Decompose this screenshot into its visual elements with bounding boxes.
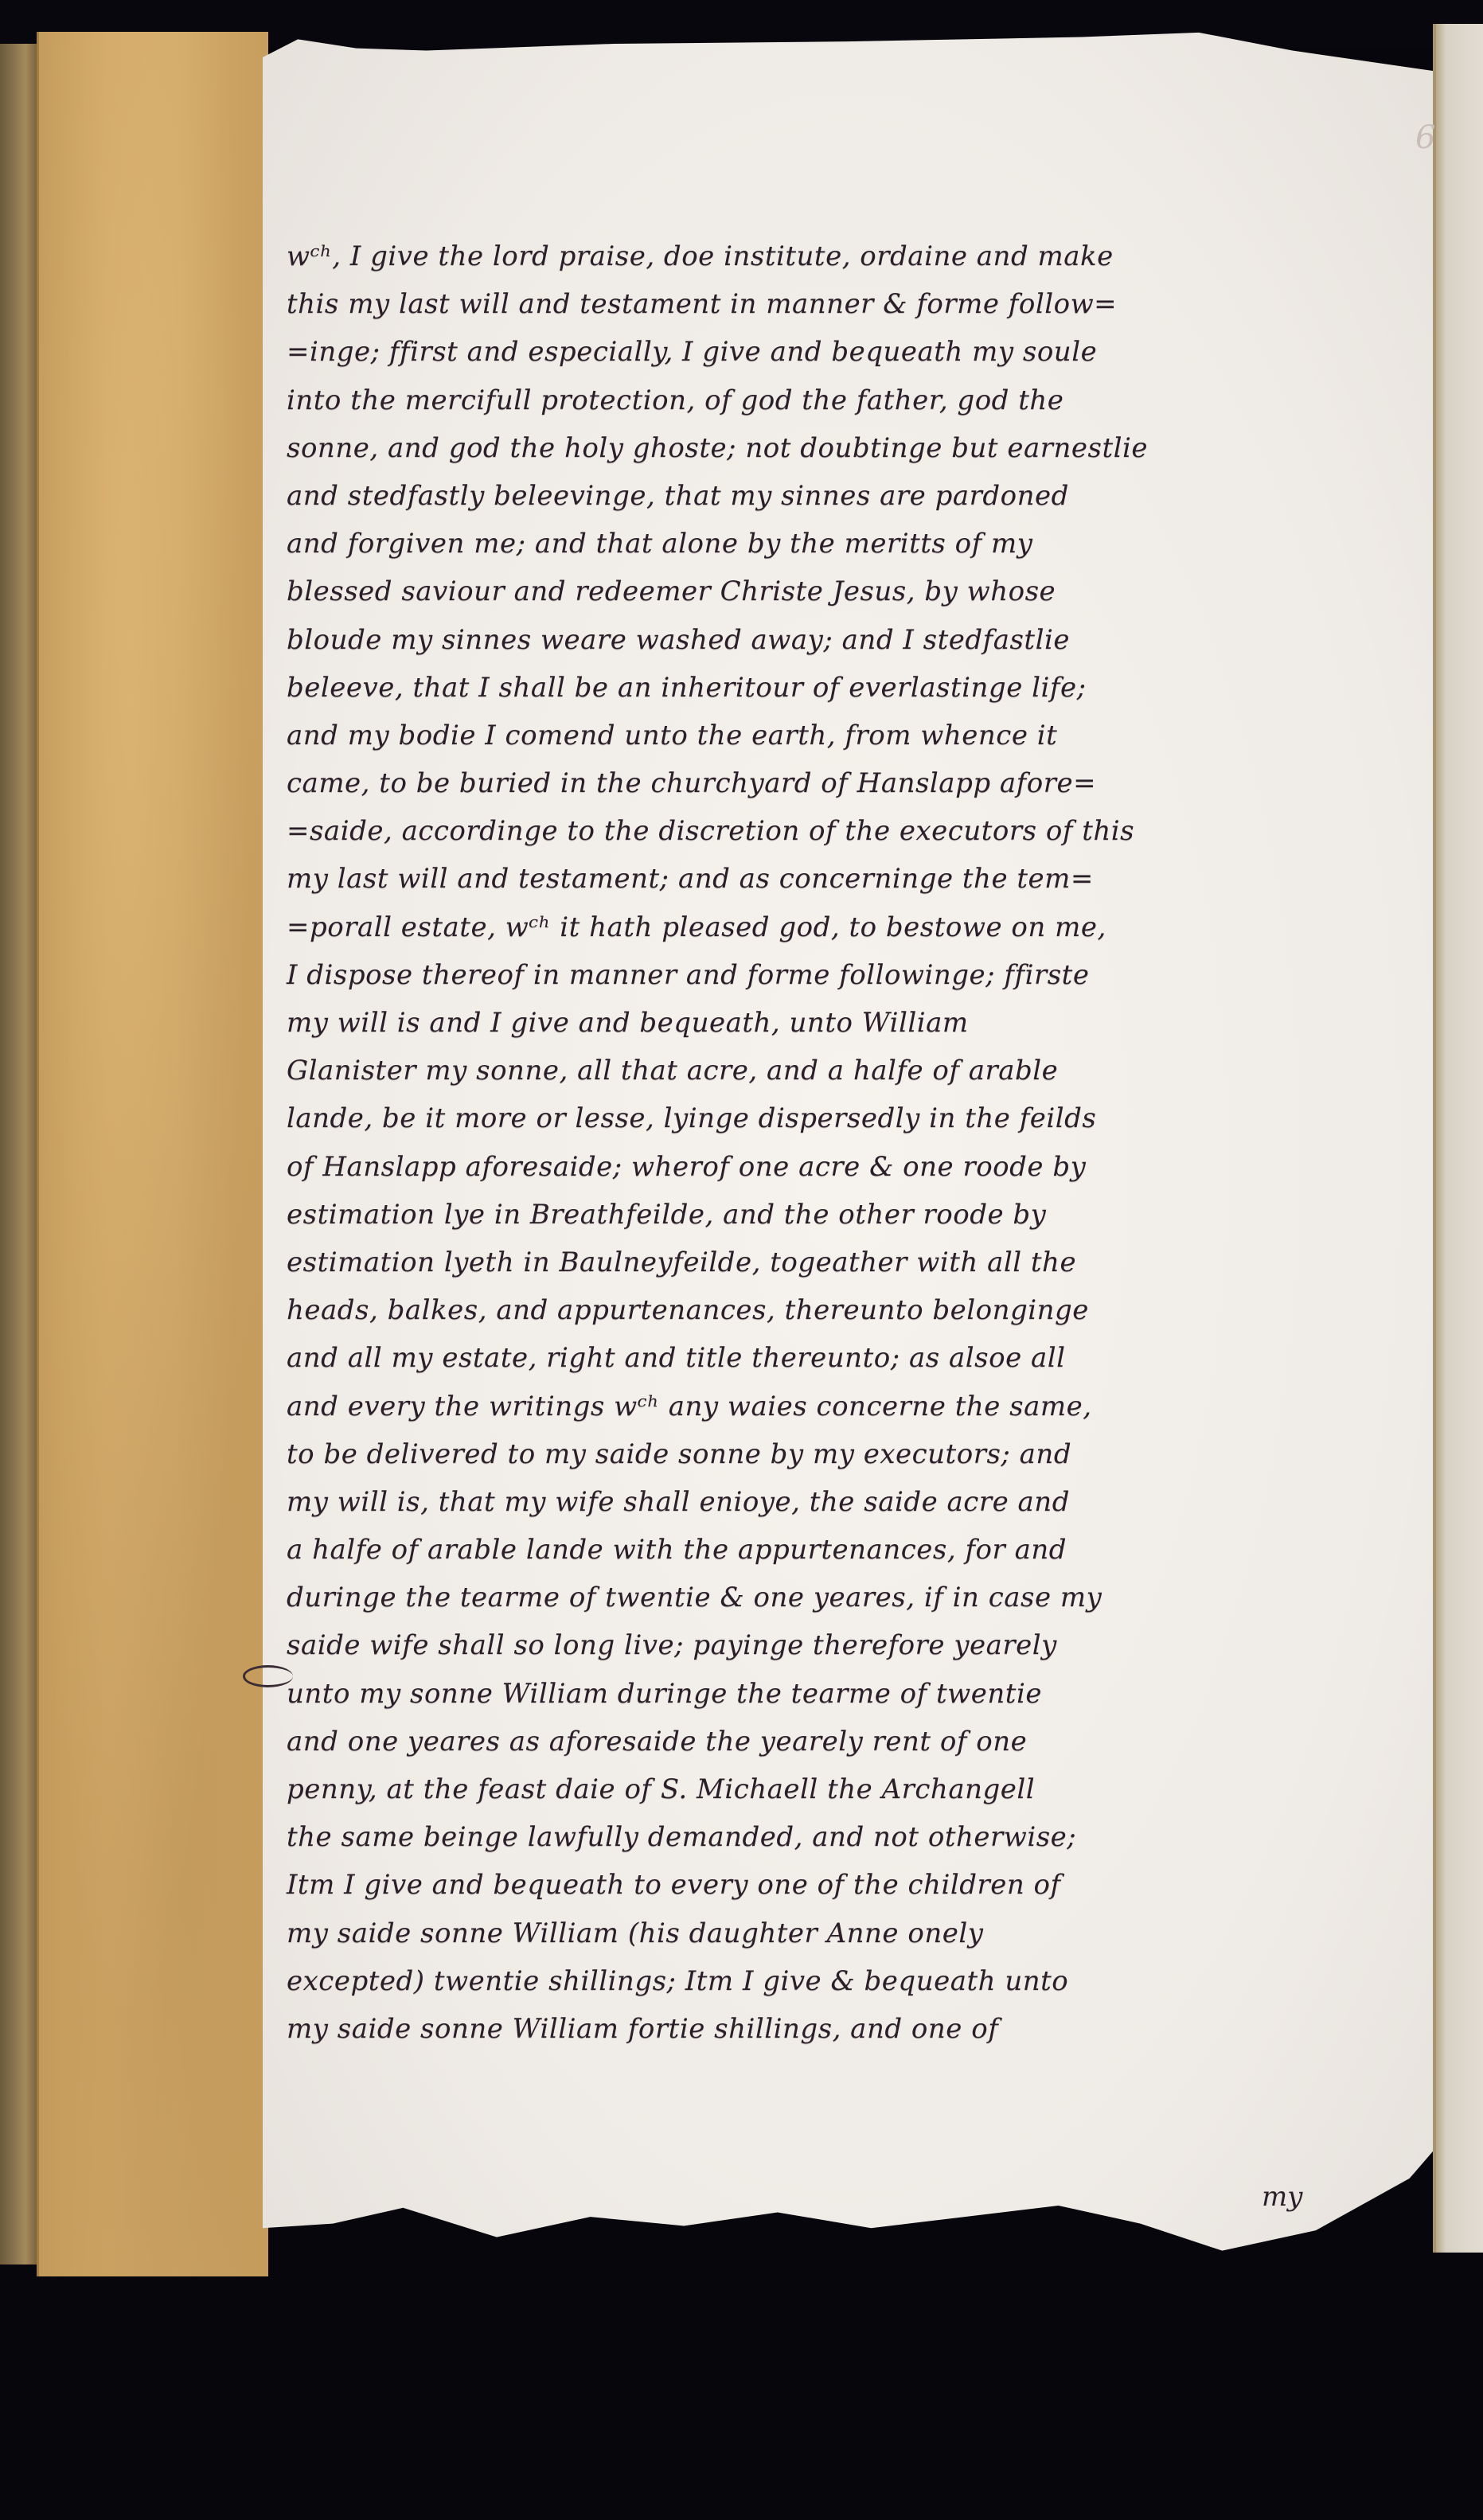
text-line-23: heads, balkes, and appurtenances, thereu… — [287, 1286, 1417, 1334]
text-line-24: and all my estate, right and title there… — [287, 1334, 1417, 1382]
text-line-14: my last will and testament; and as conce… — [287, 855, 1417, 903]
text-line-18: Glanister my sonne, all that acre, and a… — [287, 1047, 1417, 1094]
text-line-1: wᶜʰ, I give the lord praise, doe institu… — [287, 232, 1417, 280]
text-line-35: Itm I give and bequeath to every one of … — [287, 1861, 1417, 1909]
text-line-17: my will is and I give and bequeath, unto… — [287, 999, 1417, 1047]
text-line-19: lande, be it more or lesse, lyinge dispe… — [287, 1094, 1417, 1142]
background-bottom — [0, 2292, 1483, 2520]
text-line-31: unto my sonne William duringe the tearme… — [287, 1670, 1417, 1718]
text-line-11: and my bodie I comend unto the earth, fr… — [287, 712, 1417, 759]
text-line-7: and forgiven me; and that alone by the m… — [287, 520, 1417, 568]
next-page-edge — [1433, 24, 1483, 2253]
text-line-26: to be delivered to my saide sonne by my … — [287, 1430, 1417, 1478]
text-line-4: into the mercifull protection, of god th… — [287, 376, 1417, 424]
text-line-37: excepted) twentie shillings; Itm I give … — [287, 1957, 1417, 2005]
text-line-5: sonne, and god the holy ghoste; not doub… — [287, 424, 1417, 472]
catchword: my — [1262, 2181, 1302, 2213]
text-line-6: and stedfastly beleevinge, that my sinne… — [287, 472, 1417, 520]
text-line-2: this my last will and testament in manne… — [287, 280, 1417, 328]
text-line-10: beleeve, that I shall be an inheritour o… — [287, 664, 1417, 712]
previous-pages-edge — [0, 44, 38, 2264]
folio-number: 6 — [1415, 119, 1435, 156]
text-line-38: my saide sonne William fortie shillings,… — [287, 2005, 1417, 2053]
manuscript-photo: 6 wᶜʰ, I give the lord praise, doe insti… — [0, 0, 1483, 2520]
text-line-3: =inge; ffirst and especially, I give and… — [287, 328, 1417, 376]
text-line-12: came, to be buried in the churchyard of … — [287, 759, 1417, 807]
text-line-29: duringe the tearme of twentie & one year… — [287, 1574, 1417, 1621]
text-line-36: my saide sonne William (his daughter Ann… — [287, 1910, 1417, 1957]
text-line-13: =saide, accordinge to the discretion of … — [287, 807, 1417, 855]
text-line-16: I dispose thereof in manner and forme fo… — [287, 951, 1417, 999]
text-line-30: saide wife shall so long live; payinge t… — [287, 1621, 1417, 1669]
text-line-9: bloude my sinnes weare washed away; and … — [287, 616, 1417, 664]
text-line-28: a halfe of arable lande with the appurte… — [287, 1526, 1417, 1574]
text-line-20: of Hanslapp aforesaide; wherof one acre … — [287, 1143, 1417, 1191]
text-line-21: estimation lye in Breathfeilde, and the … — [287, 1191, 1417, 1239]
text-line-27: my will is, that my wife shall enioye, t… — [287, 1478, 1417, 1526]
will-text: wᶜʰ, I give the lord praise, doe institu… — [287, 232, 1417, 2053]
text-line-33: penny, at the feast daie of S. Michaell … — [287, 1765, 1417, 1813]
text-line-22: estimation lyeth in Baulneyfeilde, togea… — [287, 1239, 1417, 1286]
text-line-25: and every the writings wᶜʰ any waies con… — [287, 1383, 1417, 1430]
text-line-15: =porall estate, wᶜʰ it hath pleased god,… — [287, 903, 1417, 951]
margin-flourish-icon — [243, 1665, 293, 1687]
text-line-32: and one yeares as aforesaide the yearely… — [287, 1718, 1417, 1765]
text-line-34: the same beinge lawfully demanded, and n… — [287, 1813, 1417, 1861]
binding-guard — [37, 32, 268, 2276]
text-line-8: blessed saviour and redeemer Christe Jes… — [287, 568, 1417, 615]
